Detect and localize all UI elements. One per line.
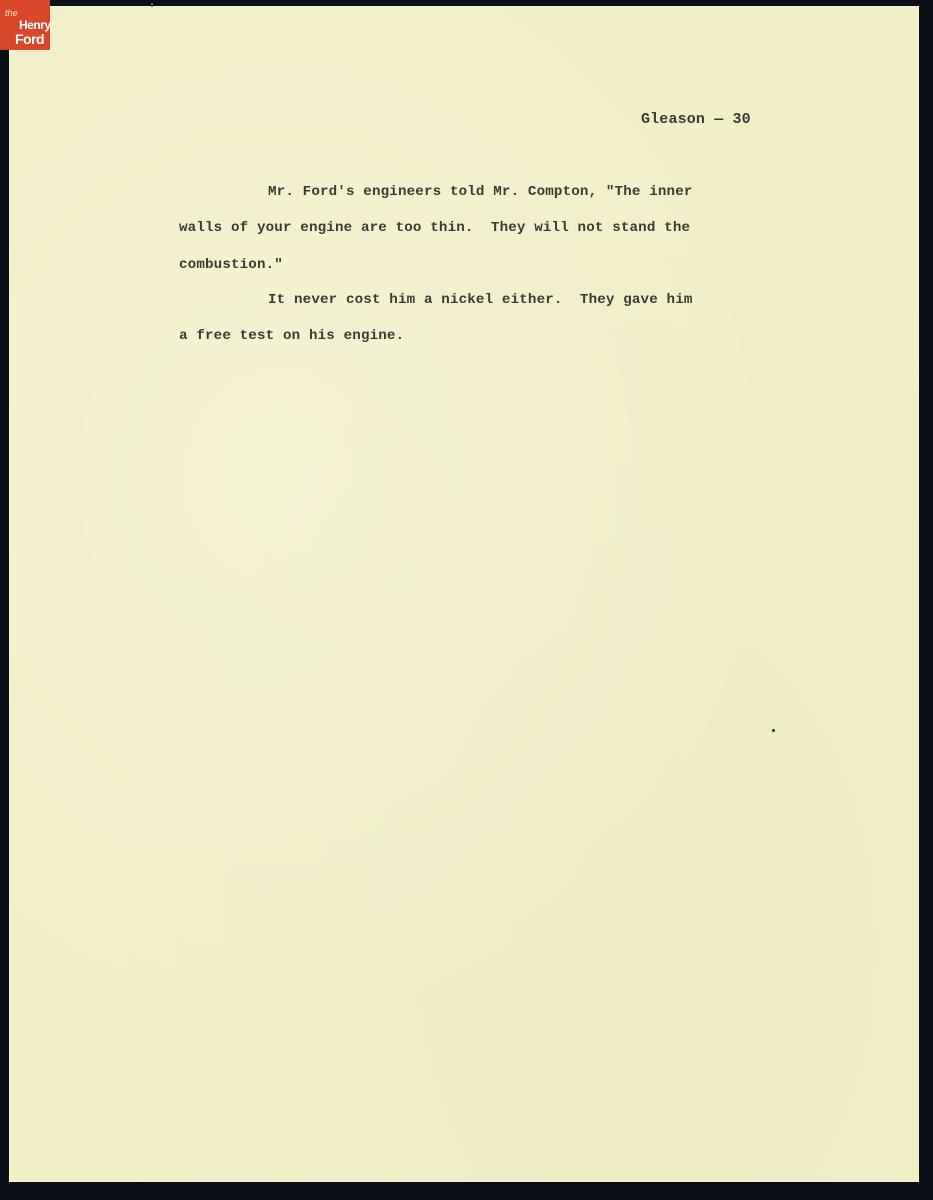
paragraph-1-line-3: combustion." — [179, 257, 283, 273]
paragraph-1-line-1: Mr. Ford's engineers told Mr. Compton, "… — [268, 184, 693, 200]
logo-the: the — [5, 8, 18, 18]
henry-ford-logo: the Henry Ford — [0, 0, 50, 50]
logo-ford: Ford — [15, 31, 44, 47]
page-header: Gleason — 30 — [641, 111, 751, 128]
logo-henry: Henry — [19, 18, 51, 32]
paper-mark — [151, 3, 153, 7]
paragraph-2-line-1: It never cost him a nickel either. They … — [268, 292, 693, 308]
paragraph-1-line-2: walls of your engine are too thin. They … — [179, 220, 690, 236]
paper-speck — [772, 729, 775, 732]
document-page — [9, 6, 919, 1182]
paragraph-2-line-2: a free test on his engine. — [179, 328, 404, 344]
